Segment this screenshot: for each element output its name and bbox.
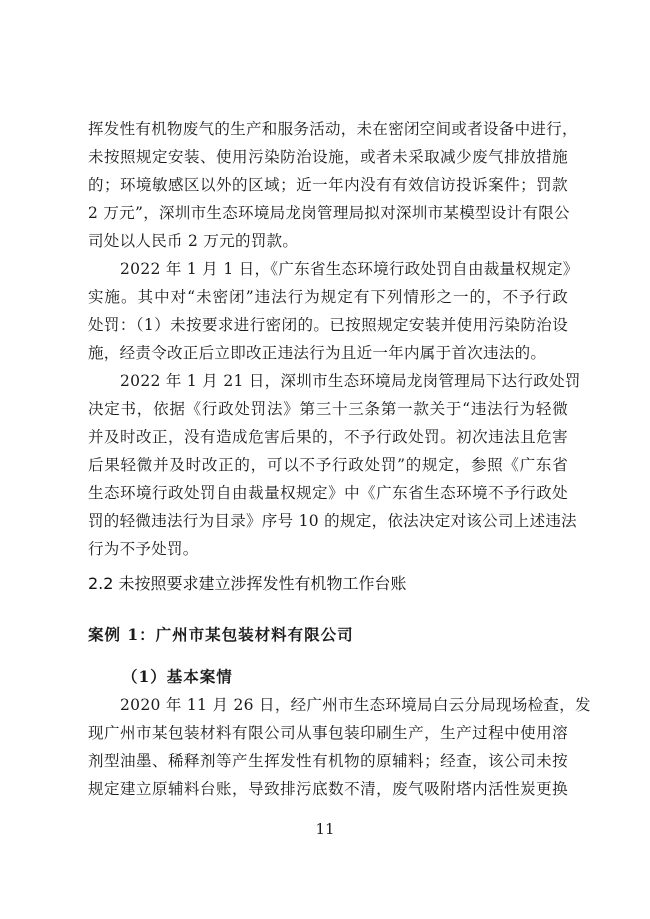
text-line: 规定建立原辅料台账，导致排污底数不清，废气吸附塔内活性炭更换 [88,775,568,803]
text-line: 的；环境敏感区以外的区域；近一年内没有有效信访投诉案件；罚款 [88,171,568,199]
text-line: 2022 年 1 月 21 日，深圳市生态环境局龙岗管理局下达行政处罚 [120,367,568,395]
text-line: 2020 年 11 月 26 日，经广州市生态环境局白云分局现场检查，发 [120,691,568,719]
case-heading: 案例 1：广州市某包装材料有限公司 [88,621,354,649]
document-page: 挥发性有机物废气的生产和服务活动，未在密闭空间或者设备中进行， 未按照规定安装、… [0,0,650,919]
text-line: 2 万元”，深圳市生态环境局龙岗管理局拟对深圳市某模型设计有限公 [88,199,568,227]
text-line: 未按照规定安装、使用污染防治设施，或者未采取减少废气排放措施 [88,143,568,171]
text-line: 生态环境行政处罚自由裁量权规定》中《广东省生态环境不予行政处 [88,479,568,507]
text-line: 罚的轻微违法行为目录》序号 10 的规定，依法决定对该公司上述违法 [88,507,568,535]
section-heading: 2.2 未按照要求建立涉挥发性有机物工作台账 [88,570,407,598]
text-line: 并及时改正，没有造成危害后果的，不予行政处罚。初次违法且危害 [88,423,568,451]
text-line: 施，经责令改正后立即改正违法行为且近一年内属于首次违法的。 [88,339,568,367]
text-line: 处罚：（1）未按要求进行密闭的。已按照规定安装并使用污染防治设 [88,311,568,339]
page-number: 11 [300,818,350,840]
text-line: 剂型油墨、稀释剂等产生挥发性有机物的原辅料；经查，该公司未按 [88,747,568,775]
text-line: 挥发性有机物废气的生产和服务活动，未在密闭空间或者设备中进行， [88,115,568,143]
text-line: 行为不予处罚。 [88,535,568,563]
text-line: 司处以人民币 2 万元的罚款。 [88,227,568,255]
sub-heading: （1）基本案情 [122,663,233,691]
text-line: 现广州市某包装材料有限公司从事包装印刷生产，生产过程中使用溶 [88,719,568,747]
text-line: 决定书，依据《行政处罚法》第三十三条第一款关于“违法行为轻微 [88,395,568,423]
text-line: 2022 年 1 月 1 日，《广东省生态环境行政处罚自由裁量权规定》 [120,255,568,283]
text-line: 后果轻微并及时改正的，可以不予行政处罚”的规定，参照《广东省 [88,451,568,479]
text-line: 实施。其中对“未密闭”违法行为规定有下列情形之一的，不予行政 [88,283,568,311]
